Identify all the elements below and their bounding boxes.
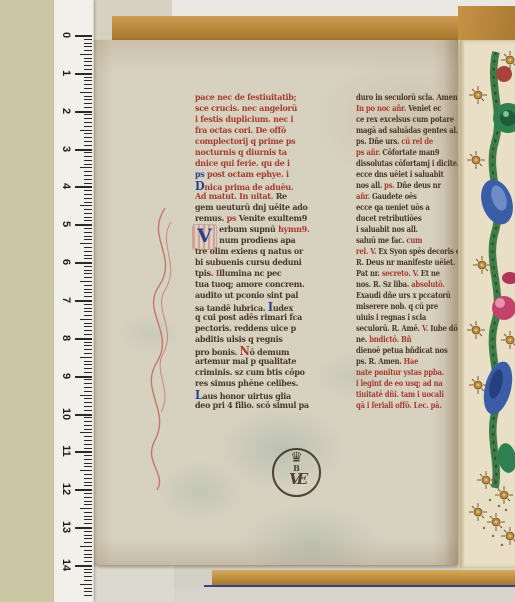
ruler-number: 6 bbox=[56, 253, 72, 271]
text-segment: saluū me fac. bbox=[356, 236, 406, 246]
ruler-tick bbox=[84, 353, 92, 354]
text-line: ps. Dñe urs. cū rel de bbox=[356, 137, 438, 148]
ruler-tick bbox=[84, 493, 92, 494]
ruler-tick bbox=[84, 171, 92, 172]
ruler-tick bbox=[84, 315, 92, 316]
ruler-tick bbox=[75, 376, 92, 378]
ruler-tick bbox=[80, 584, 92, 585]
text-segment: ps bbox=[227, 214, 239, 224]
text-segment: dnice qui ferie. qu de i bbox=[195, 159, 290, 169]
ruler-number: 9 bbox=[56, 367, 72, 385]
text-line: uiuis i regnas i scla bbox=[356, 313, 438, 324]
ruler-tick bbox=[84, 485, 92, 486]
text-segment: remus. bbox=[195, 214, 227, 224]
text-segment: miserere nob. q cū pre bbox=[356, 302, 438, 312]
ruler-tick bbox=[84, 277, 92, 278]
ruler-tick bbox=[75, 149, 92, 151]
text-segment: bi subuenis cursu deduni bbox=[195, 258, 302, 268]
ruler-tick bbox=[84, 425, 92, 426]
text-segment: Pat nr. bbox=[356, 269, 382, 279]
ruler-tick bbox=[84, 330, 92, 331]
backdrop-bottom-left bbox=[86, 565, 174, 602]
text-segment: complectorij q prime ps bbox=[195, 137, 295, 147]
ruler-tick bbox=[80, 470, 92, 471]
ruler-tick bbox=[84, 440, 92, 441]
ruler-tick bbox=[84, 239, 92, 240]
ruler-tick bbox=[84, 247, 92, 248]
ruler: 01234567891011121314 bbox=[54, 0, 94, 602]
text-segment: ducet retributiōes bbox=[356, 214, 421, 224]
ruler-tick bbox=[84, 126, 92, 127]
text-line: duro in seculorū scla. Amen. bbox=[356, 93, 438, 104]
text-line: bi subuenis cursu deduni bbox=[195, 258, 342, 269]
ruler-tick bbox=[84, 156, 92, 157]
text-segment: audito ut pconio sint pal bbox=[195, 291, 298, 301]
text-line: pro bonis. Nō demum bbox=[195, 346, 342, 357]
ruler-tick bbox=[84, 557, 92, 558]
ruler-tick bbox=[84, 118, 92, 119]
text-segment: Ad matut. In uitat. bbox=[195, 192, 276, 202]
binding-leather-top-edge bbox=[112, 16, 515, 43]
text-segment: deo pri 4 filio. scō simul pa bbox=[195, 401, 309, 411]
ruler-tick bbox=[84, 65, 92, 66]
text-segment: erbum supnū bbox=[219, 225, 278, 235]
text-segment: Dñe deus nr bbox=[397, 181, 441, 191]
ruler-tick bbox=[75, 224, 92, 226]
text-segment: ecce qa ueniet uōs a bbox=[356, 203, 430, 213]
text-segment: ps añr. bbox=[356, 148, 382, 158]
bottom-blue-line bbox=[204, 585, 515, 587]
text-line: magā ad saluādas gentes al. bbox=[356, 126, 438, 137]
text-segment: Re bbox=[276, 192, 287, 202]
ruler-tick bbox=[84, 77, 92, 78]
ruler-tick bbox=[75, 565, 92, 567]
text-segment: cum bbox=[406, 236, 422, 246]
ruler-tick bbox=[84, 535, 92, 536]
text-segment: Et ne bbox=[421, 269, 440, 279]
text-line: i legint de eo usq; ad na bbox=[356, 379, 438, 390]
ruler-tick bbox=[84, 160, 92, 161]
text-segment: pectoris. reddens uice p bbox=[195, 324, 296, 334]
ruler-tick bbox=[84, 88, 92, 89]
ruler-tick bbox=[84, 519, 92, 520]
manuscript-page: pace nec de festiuitatib;sce crucis. nec… bbox=[91, 40, 458, 565]
text-segment: llumina nc pec bbox=[219, 269, 281, 279]
ruler-tick bbox=[80, 54, 92, 55]
ruler-number: 4 bbox=[56, 177, 72, 195]
text-segment: In po noc añr. bbox=[356, 104, 408, 114]
ruler-tick bbox=[84, 285, 92, 286]
ruler-number: 14 bbox=[56, 556, 72, 574]
ruler-tick bbox=[84, 258, 92, 259]
ruler-tick bbox=[84, 43, 92, 44]
text-line: tua tuoq; amore concrem. bbox=[195, 280, 342, 291]
text-segment: sce crucis. nec angelorū bbox=[195, 104, 297, 114]
ruler-tick bbox=[84, 61, 92, 62]
ruler-tick bbox=[84, 133, 92, 134]
ruler-tick bbox=[75, 262, 92, 264]
ruler-tick bbox=[80, 205, 92, 206]
text-segment: cū rel de bbox=[401, 137, 433, 147]
ruler-number: 7 bbox=[56, 291, 72, 309]
text-column-right: duro in seculorū scla. Amen.In po noc añ… bbox=[356, 93, 458, 412]
ruler-tick bbox=[84, 379, 92, 380]
ruler-tick bbox=[80, 432, 92, 433]
ruler-tick bbox=[84, 455, 92, 456]
ruler-tick bbox=[84, 39, 92, 40]
ruler-tick bbox=[75, 35, 92, 37]
ruler-tick bbox=[84, 69, 92, 70]
text-segment: tpis. bbox=[195, 269, 216, 279]
ruler-tick bbox=[84, 198, 92, 199]
ruler-tick bbox=[75, 338, 92, 340]
illuminated-initial-v: V bbox=[193, 225, 216, 249]
text-segment: Gaudete oēs bbox=[372, 192, 417, 202]
text-column-left: pace nec de festiuitatib;sce crucis. nec… bbox=[195, 93, 353, 412]
ruler-tick bbox=[75, 451, 92, 453]
text-segment: q cui post adēs rimari fca bbox=[195, 313, 302, 323]
ruler-tick bbox=[84, 383, 92, 384]
text-line: remus. ps Venite exultem9 bbox=[195, 214, 342, 225]
ruler-tick bbox=[84, 398, 92, 399]
ruler-tick bbox=[84, 538, 92, 539]
ruler-tick bbox=[84, 361, 92, 362]
ruler-tick bbox=[84, 304, 92, 305]
text-segment: i saluabit nos all. bbox=[356, 225, 418, 235]
text-line: tiuitatē dñi. tam i uocali bbox=[356, 390, 438, 401]
text-line: ps añr. Cōfortate man9 bbox=[356, 148, 438, 159]
text-line: ducet retributiōes bbox=[356, 214, 438, 225]
ruler-tick bbox=[84, 209, 92, 210]
ruler-tick bbox=[84, 296, 92, 297]
ruler-tick bbox=[84, 474, 92, 475]
ruler-tick bbox=[84, 202, 92, 203]
text-segment: L bbox=[195, 388, 203, 402]
text-segment: ps. Dñe urs. bbox=[356, 137, 401, 147]
ruler-tick bbox=[84, 50, 92, 51]
ruler-tick bbox=[84, 46, 92, 47]
ruler-tick bbox=[84, 326, 92, 327]
ruler-tick bbox=[84, 410, 92, 411]
text-segment: Exaudi dñe urs x pccatorū bbox=[356, 291, 451, 301]
text-line: tpis. Illumina nc pec bbox=[195, 269, 342, 280]
text-segment: V. bbox=[422, 324, 430, 334]
ruler-tick bbox=[84, 576, 92, 577]
text-line: saluū me fac. cum bbox=[356, 236, 438, 247]
text-line: fra octas cori. De offō bbox=[195, 126, 342, 137]
text-segment: absolutō. bbox=[411, 280, 444, 290]
ruler-tick bbox=[84, 141, 92, 142]
text-segment: Cōfortate man9 bbox=[382, 148, 439, 158]
ruler-tick bbox=[84, 523, 92, 524]
ruler-tick bbox=[84, 137, 92, 138]
ruler-tick bbox=[84, 436, 92, 437]
text-line: dnice qui ferie. qu de i bbox=[195, 159, 342, 170]
text-segment: post octam ephye. i bbox=[205, 170, 289, 180]
ruler-tick bbox=[84, 421, 92, 422]
text-line: res simus phēne celibes. bbox=[195, 379, 342, 390]
ruler-tick bbox=[80, 546, 92, 547]
ruler-tick bbox=[84, 561, 92, 562]
text-line: Pat nr. secreto. V. Et ne bbox=[356, 269, 438, 280]
ruler-tick bbox=[84, 217, 92, 218]
text-segment: uiuis i regnas i scla bbox=[356, 313, 426, 323]
ruler-tick bbox=[84, 531, 92, 532]
ruler-tick bbox=[84, 213, 92, 214]
text-line: seculorū. R. Amē. V. Iube dō bbox=[356, 324, 438, 335]
ruler-tick bbox=[84, 550, 92, 551]
ruler-tick bbox=[84, 164, 92, 165]
ruler-tick bbox=[84, 372, 92, 373]
text-line: i saluabit nos all. bbox=[356, 225, 438, 236]
ruler-tick bbox=[84, 368, 92, 369]
text-line: deo pri 4 filio. scō simul pa bbox=[195, 401, 342, 412]
ruler-number: 13 bbox=[56, 518, 72, 536]
ruler-tick bbox=[84, 466, 92, 467]
ruler-tick bbox=[84, 273, 92, 274]
text-line: qā i feriali offō. Lec. pā. bbox=[356, 401, 438, 412]
text-segment: i legint de eo usq; ad na bbox=[356, 379, 443, 389]
text-line: ecce dns uēiet i saluabit bbox=[356, 170, 438, 181]
ruler-tick bbox=[84, 96, 92, 97]
ruler-tick bbox=[84, 463, 92, 464]
text-segment: seculorū. R. Amē. bbox=[356, 324, 422, 334]
text-line: sa tandē lubrica. Iudex bbox=[195, 302, 342, 313]
ruler-tick bbox=[84, 349, 92, 350]
ruler-tick bbox=[84, 311, 92, 312]
text-segment: bndictō. Bñ bbox=[369, 335, 411, 345]
text-line: ce rex excelsus cum potare bbox=[356, 115, 438, 126]
ruler-tick bbox=[84, 516, 92, 517]
text-segment: D bbox=[195, 179, 204, 193]
text-segment: nos all. bbox=[356, 181, 384, 191]
text-segment: Hae bbox=[404, 357, 419, 367]
text-segment: pace nec de festiuitatib; bbox=[195, 93, 296, 103]
ruler-tick bbox=[84, 84, 92, 85]
ruler-tick bbox=[84, 588, 92, 589]
text-segment: Venite exultem9 bbox=[239, 214, 307, 224]
ruler-tick bbox=[84, 482, 92, 483]
text-line: tre olim exiens q natus or bbox=[195, 247, 342, 258]
text-line: In po noc añr. Veniet ec bbox=[356, 104, 438, 115]
ruler-tick bbox=[84, 391, 92, 392]
ruler-tick bbox=[84, 448, 92, 449]
text-line: dienoē petua bñdicat nos bbox=[356, 346, 438, 357]
text-segment: rel. V. bbox=[356, 247, 378, 257]
text-segment: duro in seculorū scla. Amen. bbox=[356, 93, 458, 103]
text-line: ps post octam ephye. i bbox=[195, 170, 342, 181]
ruler-tick bbox=[84, 342, 92, 343]
text-segment: Ex Syon spēs decoris ei9. bbox=[378, 247, 458, 257]
ruler-tick bbox=[84, 459, 92, 460]
text-line: R. Deus nr manifeste uēiet. bbox=[356, 258, 438, 269]
ruler-tick bbox=[80, 281, 92, 282]
vine-stem bbox=[467, 51, 515, 546]
ruler-tick bbox=[84, 145, 92, 146]
ruler-tick bbox=[84, 289, 92, 290]
text-line: ps. R. Amen. Hae bbox=[356, 357, 438, 368]
text-segment: criminis. sz cum btis cōpo bbox=[195, 368, 305, 378]
ruler-tick bbox=[84, 114, 92, 115]
ruler-tick bbox=[84, 228, 92, 229]
text-line: ecce qa ueniet uōs a bbox=[356, 203, 438, 214]
ruler-tick bbox=[84, 122, 92, 123]
ruler-tick bbox=[84, 255, 92, 256]
ruler-tick bbox=[84, 251, 92, 252]
backdrop-bottom bbox=[174, 588, 515, 602]
ruler-tick bbox=[84, 194, 92, 195]
ruler-tick bbox=[84, 504, 92, 505]
text-segment: tua tuoq; amore concrem. bbox=[195, 280, 304, 290]
library-stamp: ♛ B VE bbox=[272, 448, 321, 497]
text-line: Ad matut. In uitat. Re bbox=[195, 192, 342, 203]
illumination-artwork bbox=[458, 40, 515, 568]
ruler-tick bbox=[84, 364, 92, 365]
ruler-tick bbox=[84, 292, 92, 293]
ruler-tick bbox=[84, 107, 92, 108]
text-segment: tiuitatē dñi. tam i uocali bbox=[356, 390, 444, 400]
text-segment: dienoē petua bñdicat nos bbox=[356, 346, 447, 356]
ruler-tick bbox=[75, 73, 92, 75]
ruler-tick bbox=[84, 402, 92, 403]
ruler-tick bbox=[84, 497, 92, 498]
ruler-tick bbox=[84, 444, 92, 445]
text-segment: ps. bbox=[384, 181, 397, 191]
text-line: dissolutas cōfortamj i dicite. bbox=[356, 159, 438, 170]
text-segment: gem ueuturū dnj uēite ado bbox=[195, 203, 308, 213]
text-segment: Iube dō bbox=[430, 324, 458, 334]
text-line: q cui post adēs rimari fca bbox=[195, 313, 342, 324]
ruler-tick bbox=[84, 334, 92, 335]
text-segment: N bbox=[240, 344, 250, 358]
ruler-tick bbox=[84, 429, 92, 430]
text-segment: qā i feriali offō. Lec. pā. bbox=[356, 401, 442, 411]
ruler-tick bbox=[75, 111, 92, 113]
ruler-tick bbox=[75, 414, 92, 416]
text-segment: ps. R. Amen. bbox=[356, 357, 404, 367]
ruler-tick bbox=[84, 179, 92, 180]
ruler-tick bbox=[84, 345, 92, 346]
ruler-tick bbox=[84, 103, 92, 104]
ruler-tick bbox=[80, 357, 92, 358]
ruler-tick bbox=[84, 308, 92, 309]
text-segment: nocturnis q diurnis ta bbox=[195, 148, 287, 158]
ruler-tick bbox=[84, 569, 92, 570]
text-segment: ne. bbox=[356, 335, 369, 345]
text-line: ne. bndictō. Bñ bbox=[356, 335, 438, 346]
text-segment: num prodiens apa bbox=[219, 236, 295, 246]
text-line: Dnica prima de aduēu. bbox=[195, 181, 342, 192]
text-segment: dissolutas cōfortamj i dicite. bbox=[356, 159, 458, 169]
text-segment: R. Deus nr manifeste uēiet. bbox=[356, 258, 455, 268]
ruler-tick bbox=[75, 300, 92, 302]
text-line: Exaudi dñe urs x pccatorū bbox=[356, 291, 438, 302]
text-line: miserere nob. q cū pre bbox=[356, 302, 438, 313]
text-line: sce crucis. nec angelorū bbox=[195, 104, 342, 115]
marginal-cursive-inscription bbox=[127, 198, 187, 498]
text-segment: ecce dns uēiet i saluabit bbox=[356, 170, 444, 180]
text-segment: añr. bbox=[356, 192, 372, 202]
ruler-tick bbox=[80, 92, 92, 93]
text-segment: res simus phēne celibes. bbox=[195, 379, 298, 389]
ruler-tick bbox=[80, 319, 92, 320]
stamp-monogram-ve: VE bbox=[274, 472, 319, 487]
text-line: nocturnis q diurnis ta bbox=[195, 148, 342, 159]
ruler-tick bbox=[75, 186, 92, 188]
ruler-tick bbox=[84, 232, 92, 233]
ruler-tick bbox=[84, 266, 92, 267]
ruler-tick bbox=[84, 190, 92, 191]
text-line: criminis. sz cum btis cōpo bbox=[195, 368, 342, 379]
text-segment: artemur mal p qualitate bbox=[195, 357, 296, 367]
text-line: pace nec de festiuitatib; bbox=[195, 93, 342, 104]
ruler-tick bbox=[84, 591, 92, 592]
ruler-tick bbox=[84, 220, 92, 221]
ruler-tick bbox=[84, 595, 92, 596]
text-segment: i festis duplicium. nec i bbox=[195, 115, 293, 125]
text-line: artemur mal p qualitate bbox=[195, 357, 342, 368]
ruler-tick bbox=[84, 478, 92, 479]
ruler-tick bbox=[84, 387, 92, 388]
ruler-number: 0 bbox=[56, 26, 72, 44]
ruler-tick bbox=[84, 270, 92, 271]
text-line: nos all. ps. Dñe deus nr bbox=[356, 181, 438, 192]
manuscript-photo: pace nec de festiuitatib;sce crucis. nec… bbox=[0, 0, 515, 602]
ruler-tick bbox=[84, 572, 92, 573]
ruler-tick bbox=[80, 395, 92, 396]
ruler-tick bbox=[84, 542, 92, 543]
ruler-tick bbox=[84, 58, 92, 59]
ruler-tick bbox=[75, 489, 92, 491]
ruler-tick bbox=[84, 580, 92, 581]
ruler-tick bbox=[84, 152, 92, 153]
text-line: abditis ulsis q regnis bbox=[195, 335, 342, 346]
text-segment: Veniet ec bbox=[408, 104, 441, 114]
text-segment: secreto. V. bbox=[382, 269, 421, 279]
text-line: nos. R. Sz liba. absolutō. bbox=[356, 280, 438, 291]
text-line: nate ponitur ystas ppba. bbox=[356, 368, 438, 379]
ruler-tick bbox=[75, 527, 92, 529]
text-segment: nos. R. Sz liba. bbox=[356, 280, 411, 290]
ruler-tick bbox=[84, 406, 92, 407]
ruler-tick bbox=[84, 99, 92, 100]
ruler-number: 8 bbox=[56, 329, 72, 347]
text-line: gem ueuturū dnj uēite ado bbox=[195, 203, 342, 214]
ruler-tick bbox=[84, 80, 92, 81]
ruler-number: 11 bbox=[56, 442, 72, 460]
ruler-tick bbox=[84, 175, 92, 176]
ruler-tick bbox=[84, 554, 92, 555]
text-segment: nate ponitur ystas ppba. bbox=[356, 368, 444, 378]
text-line: rel. V. Ex Syon spēs decoris ei9. bbox=[356, 247, 438, 258]
ruler-tick bbox=[84, 236, 92, 237]
facing-page-illuminated-border bbox=[458, 40, 515, 568]
ruler-number: 10 bbox=[56, 405, 72, 423]
ruler-tick bbox=[80, 243, 92, 244]
text-line: i festis duplicium. nec i bbox=[195, 115, 342, 126]
ruler-tick bbox=[84, 512, 92, 513]
text-segment: ce rex excelsus cum potare bbox=[356, 115, 454, 125]
text-segment: magā ad saluādas gentes al. bbox=[356, 126, 458, 136]
ruler-tick bbox=[84, 417, 92, 418]
ruler-tick bbox=[80, 508, 92, 509]
ruler-tick bbox=[84, 501, 92, 502]
ruler-tick bbox=[80, 130, 92, 131]
text-segment: hymn9. bbox=[278, 225, 309, 235]
ruler-tick bbox=[80, 167, 92, 168]
text-line: num prodiens apa bbox=[195, 236, 342, 247]
ruler-number: 5 bbox=[56, 215, 72, 233]
